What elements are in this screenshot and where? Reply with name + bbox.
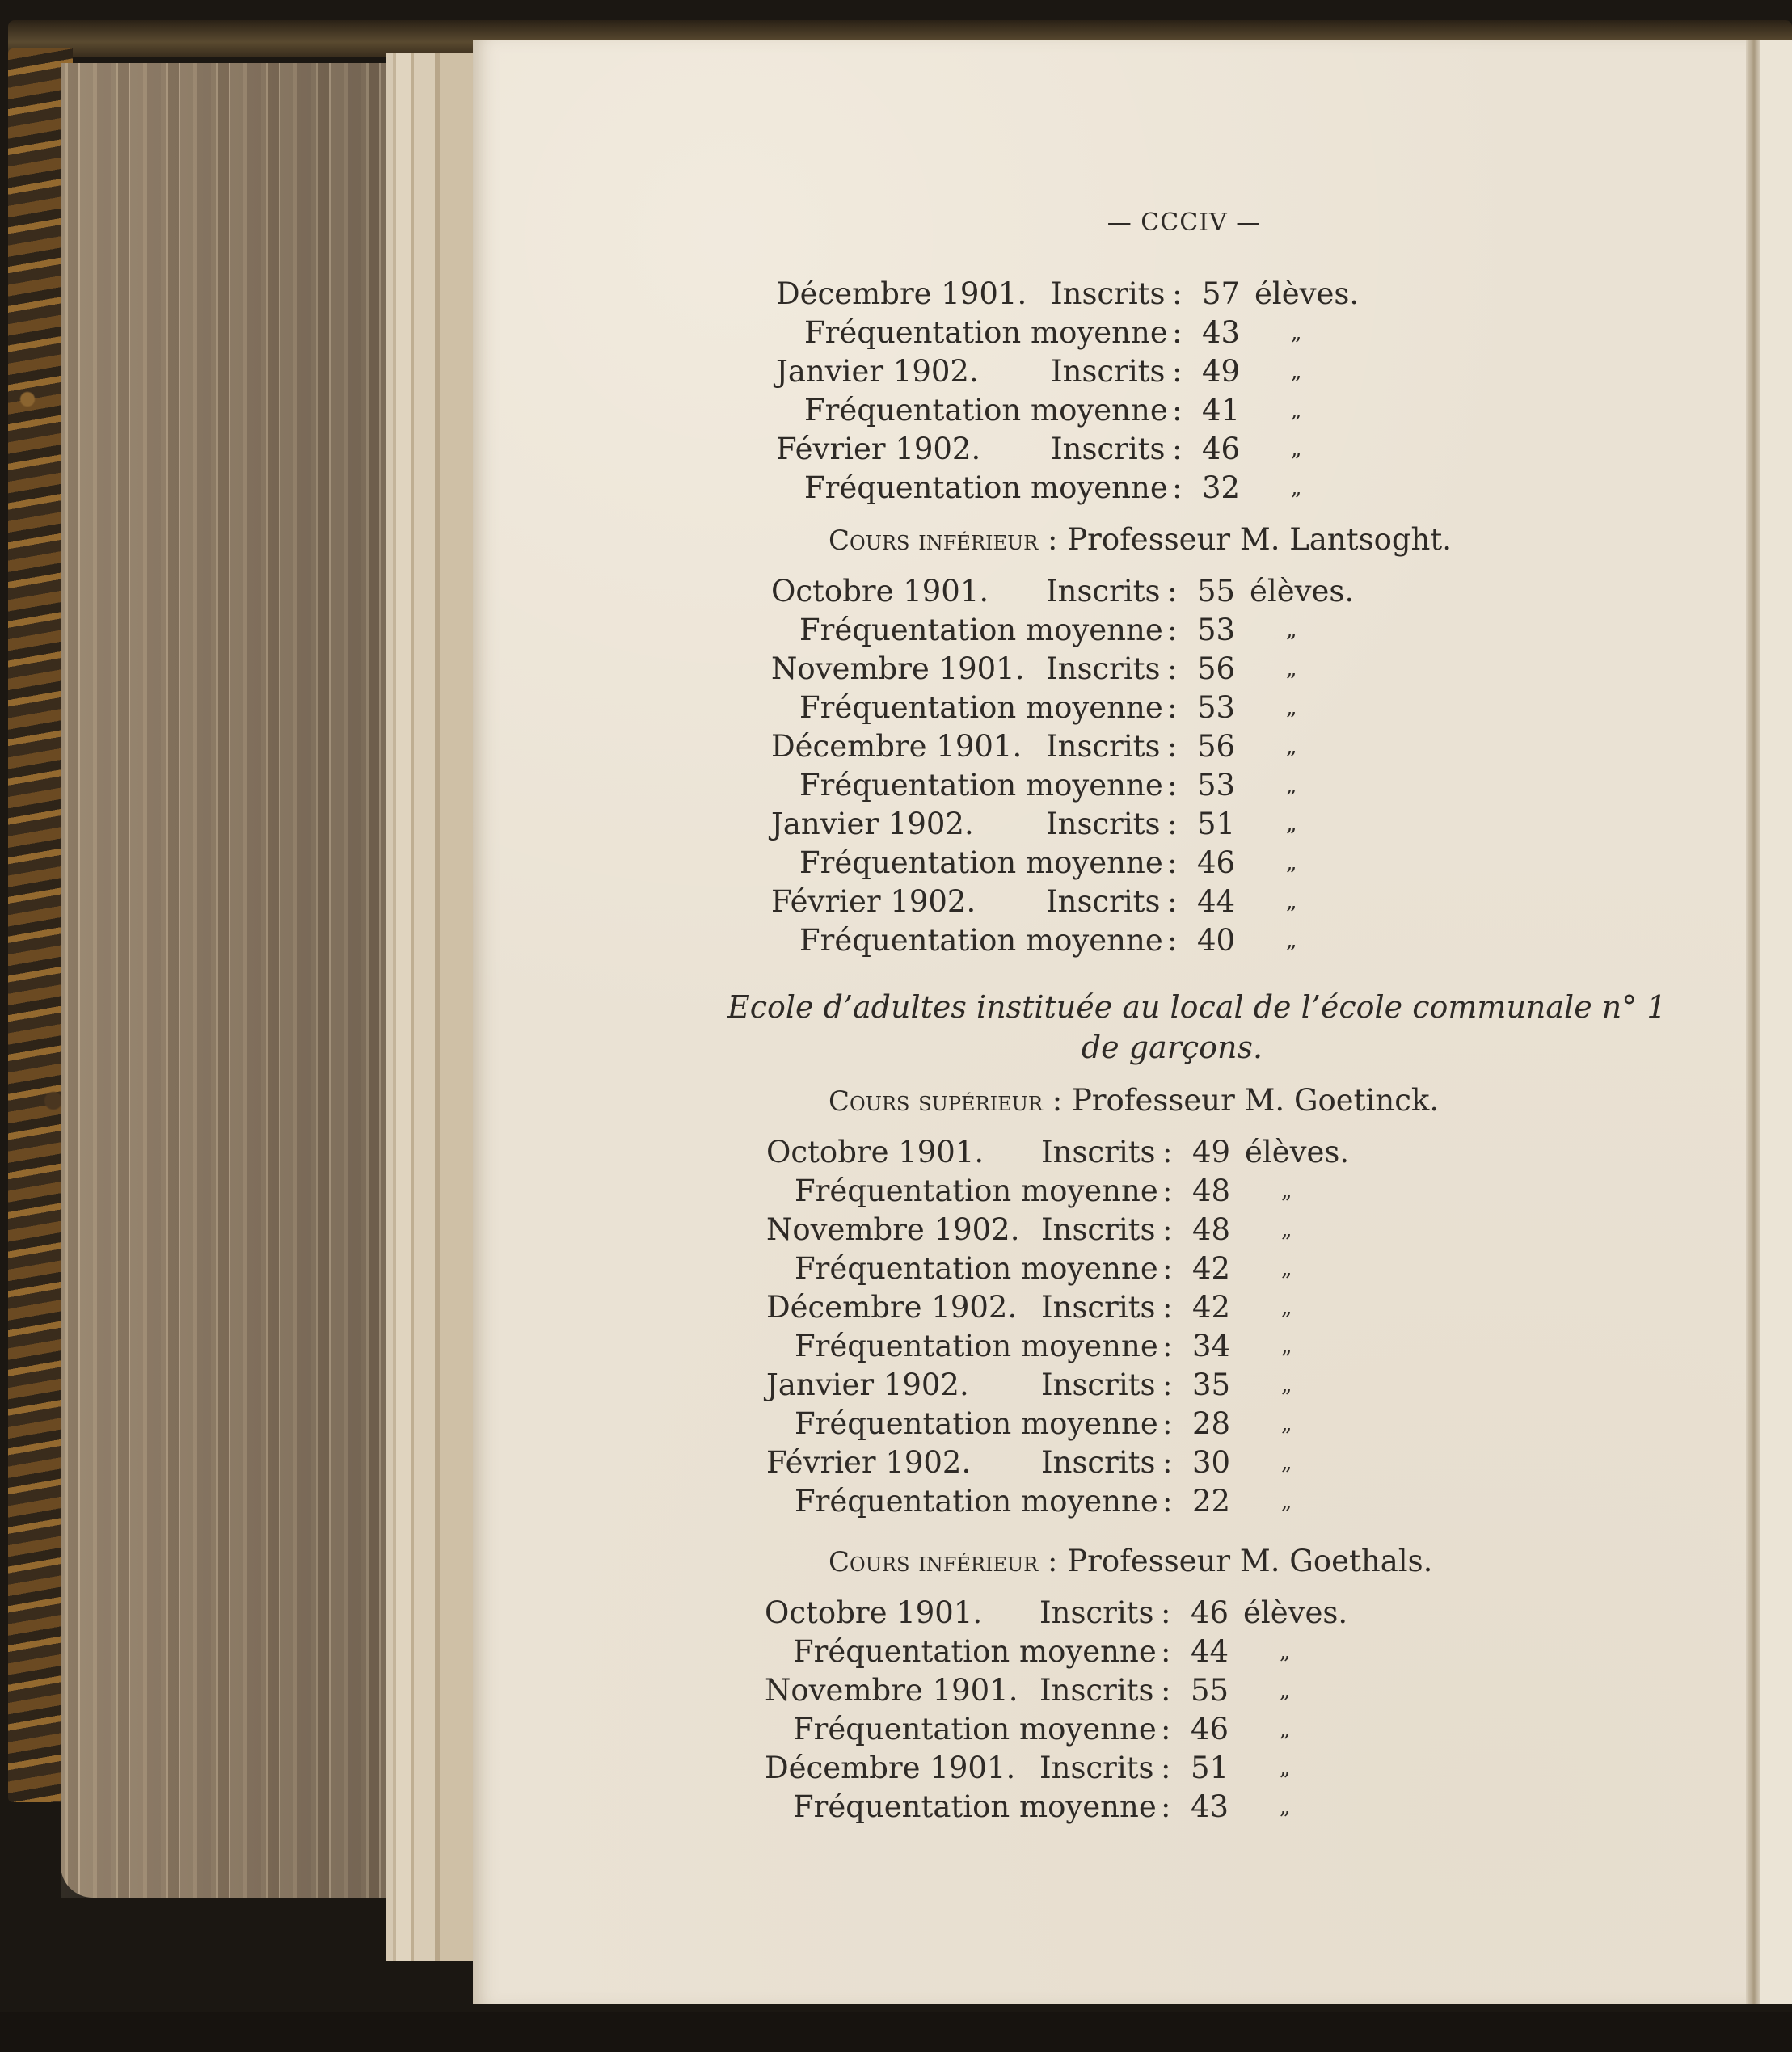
value: 32 bbox=[1202, 469, 1240, 508]
unit-label: „ bbox=[1286, 689, 1297, 727]
colon: : bbox=[1162, 1211, 1172, 1249]
row-label: Inscrits bbox=[1041, 1443, 1154, 1482]
colon: : bbox=[1167, 611, 1177, 650]
row-label: Fréquentation moyenne bbox=[799, 611, 1159, 650]
row-label: Inscrits bbox=[1051, 430, 1164, 469]
month-label: Janvier 1902. bbox=[776, 352, 979, 391]
unit-label: „ bbox=[1286, 611, 1297, 650]
value: 48 bbox=[1192, 1172, 1230, 1211]
value: 41 bbox=[1202, 391, 1240, 430]
month-label: Octobre 1901. bbox=[771, 572, 989, 611]
unit-label: „ bbox=[1281, 1405, 1292, 1443]
section-2-heading: Cours inférieur : Professeur M. Lantsogh… bbox=[829, 520, 1452, 560]
colon: : bbox=[1172, 314, 1182, 352]
row-label: Fréquentation moyenne bbox=[799, 766, 1159, 805]
unit-label: élèves. bbox=[1243, 1594, 1347, 1633]
unit-label: „ bbox=[1281, 1366, 1292, 1405]
value: 53 bbox=[1197, 611, 1235, 650]
unit-label: „ bbox=[1280, 1671, 1290, 1710]
month-label: Octobre 1901. bbox=[766, 1133, 984, 1172]
row-label: Inscrits bbox=[1046, 727, 1159, 766]
value: 48 bbox=[1192, 1211, 1230, 1249]
value: 44 bbox=[1191, 1633, 1229, 1671]
unit-label: „ bbox=[1280, 1710, 1290, 1749]
colon: : bbox=[1161, 1788, 1170, 1827]
row-label: Inscrits bbox=[1051, 352, 1164, 391]
colon: : bbox=[1167, 650, 1177, 689]
month-label: Février 1902. bbox=[776, 430, 980, 469]
month-label: Novembre 1902. bbox=[766, 1211, 1020, 1249]
row-label: Inscrits bbox=[1039, 1671, 1153, 1710]
value: 35 bbox=[1192, 1366, 1230, 1405]
month-label: Février 1902. bbox=[771, 883, 976, 921]
month-label: Décembre 1901. bbox=[776, 275, 1027, 314]
value: 28 bbox=[1192, 1405, 1230, 1443]
unit-label: „ bbox=[1281, 1443, 1292, 1482]
row-label: Inscrits bbox=[1046, 650, 1159, 689]
value: 43 bbox=[1191, 1788, 1229, 1827]
row-label: Fréquentation moyenne bbox=[793, 1788, 1153, 1827]
school-title-line-2: de garçons. bbox=[727, 1028, 1617, 1067]
page-text: — CCCIV — Décembre 1901.Inscrits:57élève… bbox=[0, 0, 1792, 2052]
row-label: Fréquentation moyenne bbox=[795, 1327, 1154, 1366]
page-number: — CCCIV — bbox=[1079, 204, 1289, 242]
value: 57 bbox=[1202, 275, 1240, 314]
colon: : bbox=[1162, 1405, 1172, 1443]
unit-label: „ bbox=[1291, 430, 1301, 469]
unit-label: „ bbox=[1286, 844, 1297, 883]
colon: : bbox=[1161, 1633, 1170, 1671]
unit-label: „ bbox=[1281, 1172, 1292, 1211]
colon: : bbox=[1162, 1249, 1172, 1288]
unit-label: „ bbox=[1286, 727, 1297, 766]
row-label: Inscrits bbox=[1041, 1133, 1154, 1172]
value: 53 bbox=[1197, 766, 1235, 805]
value: 40 bbox=[1197, 921, 1235, 960]
colon: : bbox=[1167, 844, 1177, 883]
colon: : bbox=[1162, 1482, 1172, 1521]
colon: : bbox=[1172, 391, 1182, 430]
colon: : bbox=[1172, 469, 1182, 508]
school-title-line-1: Ecole d’adultes instituée au local de l’… bbox=[727, 988, 1617, 1026]
section-3-heading: Cours supérieur : Professeur M. Goetinck… bbox=[829, 1081, 1439, 1121]
unit-label: élèves. bbox=[1250, 572, 1354, 611]
row-label: Inscrits bbox=[1051, 275, 1164, 314]
value: 56 bbox=[1197, 727, 1235, 766]
unit-label: „ bbox=[1286, 650, 1297, 689]
row-label: Fréquentation moyenne bbox=[799, 689, 1159, 727]
course-label: Cours inférieur bbox=[829, 525, 1038, 557]
unit-label: „ bbox=[1281, 1288, 1292, 1327]
row-label: Inscrits bbox=[1046, 805, 1159, 844]
colon: : bbox=[1167, 921, 1177, 960]
unit-label: „ bbox=[1281, 1249, 1292, 1288]
row-label: Fréquentation moyenne bbox=[793, 1633, 1153, 1671]
colon: : bbox=[1172, 275, 1182, 314]
colon: : bbox=[1162, 1172, 1172, 1211]
colon: : bbox=[1172, 430, 1182, 469]
row-label: Fréquentation moyenne bbox=[795, 1172, 1154, 1211]
value: 46 bbox=[1191, 1710, 1229, 1749]
row-label: Inscrits bbox=[1039, 1749, 1153, 1788]
professor-label: : Professeur M. Lantsoght. bbox=[1038, 522, 1452, 557]
value: 30 bbox=[1192, 1443, 1230, 1482]
colon: : bbox=[1162, 1327, 1172, 1366]
value: 46 bbox=[1191, 1594, 1229, 1633]
unit-label: „ bbox=[1280, 1749, 1290, 1788]
value: 42 bbox=[1192, 1288, 1230, 1327]
month-label: Novembre 1901. bbox=[765, 1671, 1018, 1710]
row-label: Fréquentation moyenne bbox=[804, 469, 1164, 508]
colon: : bbox=[1161, 1710, 1170, 1749]
colon: : bbox=[1162, 1443, 1172, 1482]
unit-label: „ bbox=[1291, 352, 1301, 391]
row-label: Fréquentation moyenne bbox=[795, 1405, 1154, 1443]
value: 22 bbox=[1192, 1482, 1230, 1521]
unit-label: „ bbox=[1281, 1327, 1292, 1366]
month-label: Janvier 1902. bbox=[771, 805, 974, 844]
row-label: Inscrits bbox=[1041, 1366, 1154, 1405]
month-label: Janvier 1902. bbox=[766, 1366, 969, 1405]
row-label: Fréquentation moyenne bbox=[804, 391, 1164, 430]
colon: : bbox=[1167, 766, 1177, 805]
colon: : bbox=[1162, 1133, 1172, 1172]
month-label: Décembre 1901. bbox=[771, 727, 1022, 766]
colon: : bbox=[1167, 689, 1177, 727]
section-4-heading: Cours inférieur : Professeur M. Goethals… bbox=[829, 1542, 1432, 1582]
course-label: Cours supérieur bbox=[829, 1085, 1043, 1118]
colon: : bbox=[1172, 352, 1182, 391]
unit-label: „ bbox=[1280, 1633, 1290, 1671]
unit-label: „ bbox=[1286, 766, 1297, 805]
row-label: Fréquentation moyenne bbox=[795, 1482, 1154, 1521]
month-label: Décembre 1902. bbox=[766, 1288, 1017, 1327]
row-label: Inscrits bbox=[1041, 1211, 1154, 1249]
unit-label: „ bbox=[1291, 314, 1301, 352]
colon: : bbox=[1167, 572, 1177, 611]
colon: : bbox=[1162, 1288, 1172, 1327]
course-label: Cours inférieur bbox=[829, 1546, 1038, 1578]
value: 43 bbox=[1202, 314, 1240, 352]
unit-label: „ bbox=[1291, 469, 1301, 508]
value: 49 bbox=[1202, 352, 1240, 391]
value: 46 bbox=[1202, 430, 1240, 469]
professor-label: : Professeur M. Goetinck. bbox=[1043, 1083, 1439, 1118]
colon: : bbox=[1161, 1749, 1170, 1788]
value: 55 bbox=[1197, 572, 1235, 611]
unit-label: „ bbox=[1280, 1788, 1290, 1827]
month-label: Février 1902. bbox=[766, 1443, 971, 1482]
value: 53 bbox=[1197, 689, 1235, 727]
unit-label: élèves. bbox=[1254, 275, 1359, 314]
value: 56 bbox=[1197, 650, 1235, 689]
value: 51 bbox=[1197, 805, 1235, 844]
row-label: Fréquentation moyenne bbox=[795, 1249, 1154, 1288]
row-label: Inscrits bbox=[1039, 1594, 1153, 1633]
unit-label: „ bbox=[1291, 391, 1301, 430]
unit-label: élèves. bbox=[1245, 1133, 1349, 1172]
row-label: Fréquentation moyenne bbox=[804, 314, 1164, 352]
value: 44 bbox=[1197, 883, 1235, 921]
colon: : bbox=[1161, 1594, 1170, 1633]
colon: : bbox=[1167, 805, 1177, 844]
professor-label: : Professeur M. Goethals. bbox=[1038, 1544, 1432, 1578]
value: 49 bbox=[1192, 1133, 1230, 1172]
row-label: Inscrits bbox=[1046, 883, 1159, 921]
value: 55 bbox=[1191, 1671, 1229, 1710]
value: 34 bbox=[1192, 1327, 1230, 1366]
value: 46 bbox=[1197, 844, 1235, 883]
value: 42 bbox=[1192, 1249, 1230, 1288]
value: 51 bbox=[1191, 1749, 1229, 1788]
row-label: Inscrits bbox=[1041, 1288, 1154, 1327]
month-label: Décembre 1901. bbox=[765, 1749, 1015, 1788]
month-label: Octobre 1901. bbox=[765, 1594, 982, 1633]
colon: : bbox=[1167, 883, 1177, 921]
colon: : bbox=[1167, 727, 1177, 766]
unit-label: „ bbox=[1281, 1482, 1292, 1521]
colon: : bbox=[1162, 1366, 1172, 1405]
row-label: Fréquentation moyenne bbox=[799, 844, 1159, 883]
unit-label: „ bbox=[1286, 883, 1297, 921]
row-label: Fréquentation moyenne bbox=[799, 921, 1159, 960]
row-label: Inscrits bbox=[1046, 572, 1159, 611]
colon: : bbox=[1161, 1671, 1170, 1710]
month-label: Novembre 1901. bbox=[771, 650, 1025, 689]
unit-label: „ bbox=[1286, 805, 1297, 844]
unit-label: „ bbox=[1286, 921, 1297, 960]
unit-label: „ bbox=[1281, 1211, 1292, 1249]
row-label: Fréquentation moyenne bbox=[793, 1710, 1153, 1749]
